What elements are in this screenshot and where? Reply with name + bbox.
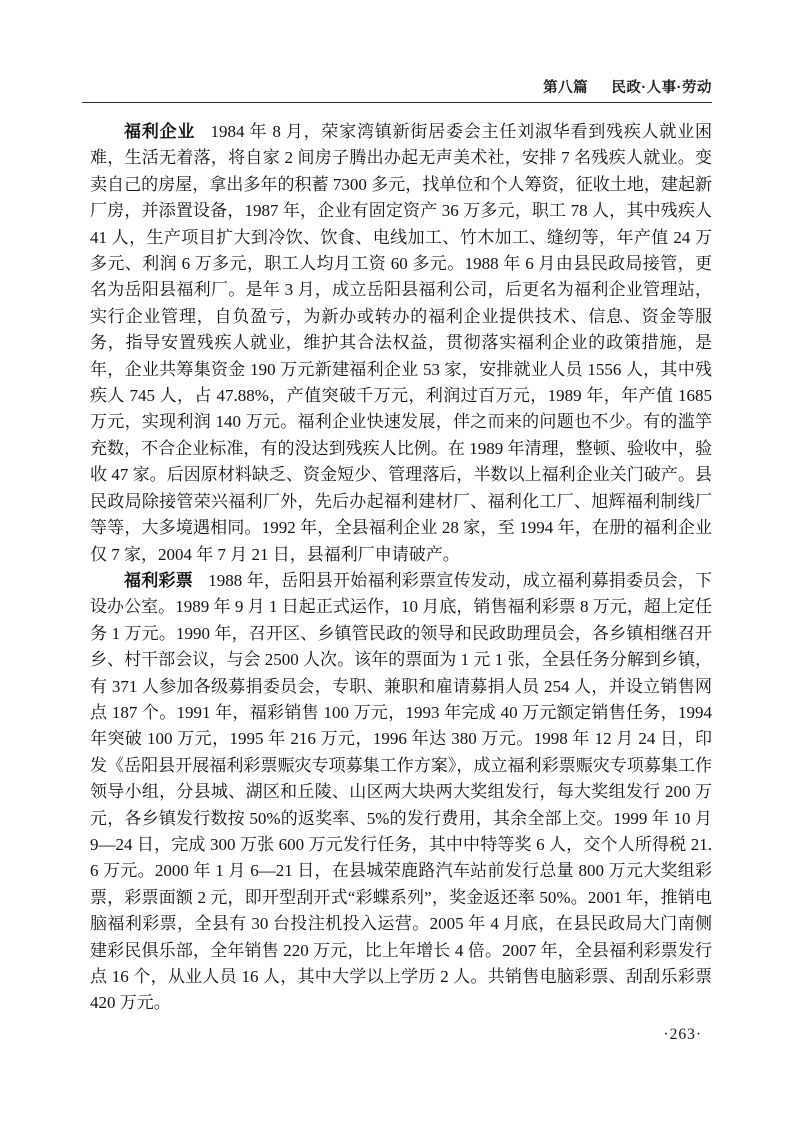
paragraph-text-welfare-lottery: 1988 年，岳阳县开始福利彩票宣传发动，成立福利募捐委员会，下设办公室。198…	[90, 571, 712, 1013]
paragraph-heading-welfare-lottery: 福利彩票	[124, 571, 193, 590]
paragraph-welfare-lottery: 福利彩票1988 年，岳阳县开始福利彩票宣传发动，成立福利募捐委员会，下设办公室…	[90, 568, 712, 1017]
page-number: ·263·	[82, 1026, 702, 1044]
document-page: 第八篇民政·人事·劳动 福利企业1984 年 8 月，荣家湾镇新街居委会主任刘淑…	[0, 0, 793, 1122]
body-text-block: 福利企业1984 年 8 月，荣家湾镇新街居委会主任刘淑华看到残疾人就业困难，生…	[90, 119, 712, 1017]
paragraph-heading-welfare-enterprises: 福利企业	[124, 122, 195, 141]
header-rule	[82, 102, 712, 103]
running-head-section: 第八篇	[543, 80, 588, 96]
running-head: 第八篇民政·人事·劳动	[82, 76, 712, 97]
running-head-title: 民政·人事·劳动	[611, 80, 712, 96]
paragraph-welfare-enterprises: 福利企业1984 年 8 月，荣家湾镇新街居委会主任刘淑华看到残疾人就业困难，生…	[90, 119, 712, 568]
paragraph-text-welfare-enterprises: 1984 年 8 月，荣家湾镇新街居委会主任刘淑华看到残疾人就业困难，生活无着落…	[90, 122, 712, 564]
